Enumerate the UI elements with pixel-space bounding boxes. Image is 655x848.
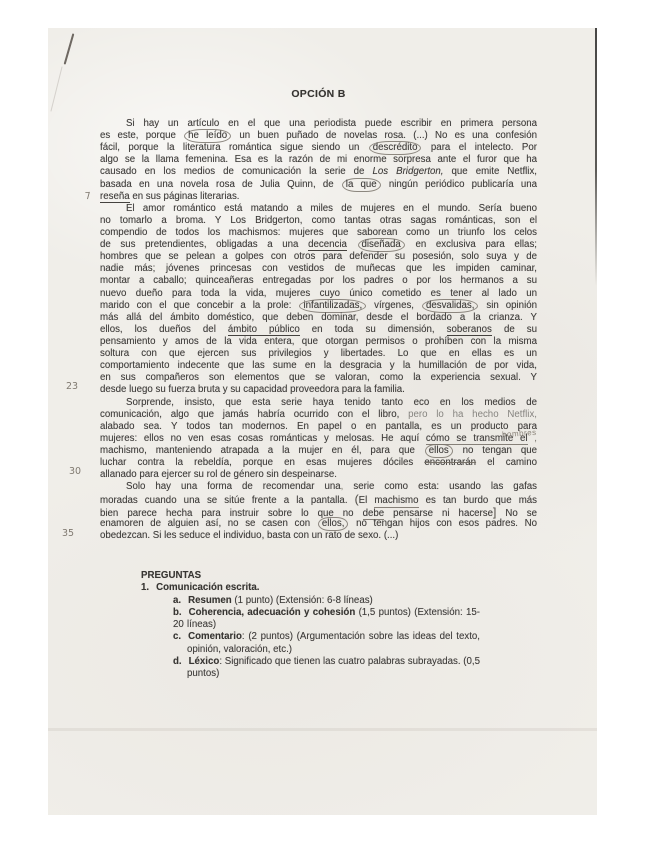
pencil-strike-annotation: encontrarán xyxy=(424,457,476,468)
text-line: 1.Comunicación escrita. xyxy=(141,582,480,594)
margin-line-number: 7 xyxy=(84,191,91,203)
margin-line-number: 30 xyxy=(69,466,81,477)
text-span: algo se la llama femenina. Esa es la raz… xyxy=(100,154,537,165)
text-line: bien parece hecha para instruir sobre lo… xyxy=(100,506,537,518)
text-span: causado en los medios de comunicación la… xyxy=(100,166,372,177)
text-span: es este, porque xyxy=(100,130,183,141)
pencil-circle-annotation: diseñada xyxy=(358,238,405,252)
underlined-word: decencia xyxy=(308,239,347,251)
text-line: soltura con que ejercen sus privilegios … xyxy=(100,348,537,360)
text-span: en sus compañeros son elementos que se v… xyxy=(100,372,537,383)
text-line: puntos) xyxy=(141,668,480,680)
italic-text: Los Bridgerton, xyxy=(372,166,443,177)
text-line: no tomarlo a broma. Y Los Bridgerton, co… xyxy=(100,215,537,227)
text-line: Solo hay una forma de recomendar una, se… xyxy=(100,481,537,493)
text-line: obedezcan. Si les seduce el individuo, b… xyxy=(100,530,537,542)
text-line: alabado sea. Y todos tan modernos. En pa… xyxy=(100,421,537,433)
text-line: líneas) xyxy=(141,619,480,631)
text-span: El xyxy=(359,495,375,506)
text-span: es tan burdo que más xyxy=(419,495,537,506)
text-span: marido con el que concebir a la prole: xyxy=(100,300,298,311)
document-title: OPCIÓN B xyxy=(100,88,537,100)
text-span: Si hay un artículo en el que una periodi… xyxy=(126,118,537,129)
text-span: moradas cuando una se sitúe frente a la … xyxy=(100,495,355,506)
list-marker: b. xyxy=(173,607,182,618)
text-line: El amor romántico está matando a miles d… xyxy=(100,203,537,215)
underlined-word: ámbito público xyxy=(228,324,300,336)
pencil-circle-annotation: ellos xyxy=(425,444,453,458)
text-line: montar a caballo; quinceañeras entregada… xyxy=(100,275,537,287)
text-span: un buen puñado de novelas rosa. (...) No… xyxy=(232,130,537,141)
text-span: compendio de todos los machismos: mujere… xyxy=(100,227,537,238)
text-span: ningún periódico publicaría una xyxy=(382,179,537,190)
text-span: alabado sea. Y todos tan modernos. En pa… xyxy=(100,421,537,432)
text-span: para el intelecto. Por xyxy=(422,142,537,153)
text-span: obedezcan. Si les seduce el individuo, b… xyxy=(100,530,398,541)
text-span: en toda su dimensión, xyxy=(300,324,447,335)
text-span: no tengan que xyxy=(454,445,537,456)
text-span: (1 punto) (Extensión: 6-8 líneas) xyxy=(232,595,373,606)
text-span: opinión, valoración, etc.) xyxy=(187,644,292,655)
bold-text: Coherencia, adecuación y cohesión xyxy=(189,607,356,618)
text-line: más allá del ámbito doméstico, que deben… xyxy=(100,312,537,324)
text-span: Solo hay una forma de recomendar una xyxy=(126,481,341,492)
text-line: Sorprende, insisto, que esta serie haya … xyxy=(100,397,537,409)
text-line: nuevo dueño para toda la vida, mujeres c… xyxy=(100,288,537,300)
text-line: compendio de todos los machismos: mujere… xyxy=(100,227,537,239)
text-span: comunicación, algo que jamás habría ocur… xyxy=(100,409,408,420)
list-marker: d. xyxy=(173,656,182,667)
text-line: en sus compañeros son elementos que se v… xyxy=(100,372,537,384)
text-span: hombres que se pelean a golpes con otros… xyxy=(100,251,537,262)
text-line: fácil, porque la literatura romántica si… xyxy=(100,142,537,154)
text-span: de sus pretendientes, obligadas a una xyxy=(100,239,308,250)
text-line: nadie más; jóvenes princesas con vestido… xyxy=(100,263,537,275)
text-line: machismo, manteniendo atrapada a la muje… xyxy=(100,445,537,457)
text-span: El amor romántico está matando a miles d… xyxy=(126,203,537,214)
text-span xyxy=(347,239,357,250)
list-marker: a. xyxy=(173,595,181,606)
bold-text: Resumen xyxy=(188,595,232,606)
text-span: pensamiento y amos de la vida entera, qu… xyxy=(100,336,537,347)
text-span: líneas) xyxy=(187,619,216,630)
crease-mark xyxy=(50,67,62,112)
text-span: nadie más; jóvenes princesas con vestido… xyxy=(100,263,537,274)
pen-slash-mark xyxy=(64,33,75,64)
text-line: luchar contra la rebeldía, porque en esa… xyxy=(100,457,537,469)
text-line: es este, porque he leído un buen puñado … xyxy=(100,130,537,142)
text-span: Sorprende, insisto, que esta serie haya … xyxy=(126,397,537,408)
underlined-word: reseña xyxy=(100,191,130,203)
text-span: : (2 puntos) (Argumentación sobre las id… xyxy=(242,631,480,642)
text-span: allanado para ejercer su rol de género s… xyxy=(100,469,337,480)
text-span: mujeres: ellos no ven esas cosas románti… xyxy=(100,433,426,444)
text-line: comportamiento indecente que las sume en… xyxy=(100,360,537,372)
pencil-circle-annotation: la que xyxy=(342,178,381,192)
margin-line-number: 23 xyxy=(66,381,78,392)
text-line: mujeres: ellos no ven esas cosas románti… xyxy=(100,433,537,445)
pencil-circle-annotation: ellos, xyxy=(318,517,349,531)
scan-artifact-band xyxy=(48,728,597,731)
text-span: comportamiento indecente que las sume en… xyxy=(100,360,537,371)
pencil-circle-annotation: desvalidas, xyxy=(422,299,478,313)
text-line: opinión, valoración, etc.) xyxy=(141,644,480,656)
faded-text: pero lo ha hecho Netflix, xyxy=(408,409,537,420)
text-line: de sus pretendientes, obligadas a una de… xyxy=(100,239,537,251)
article-text: Si hay un artículo en el que una periodi… xyxy=(100,118,537,542)
text-span: el camino xyxy=(476,457,537,468)
text-span: serie como esta: usando las gafas xyxy=(343,481,537,492)
text-span: machismo, manteniendo atrapada a la muje… xyxy=(100,445,424,456)
text-span: ellos, los dueños del xyxy=(100,324,228,335)
list-marker: 1. xyxy=(141,582,149,593)
text-line: a.Resumen (1 punto) (Extensión: 6-8 líne… xyxy=(141,595,480,607)
text-line: reseña en sus páginas literarias. xyxy=(100,191,537,203)
bold-text: Comunicación escrita. xyxy=(156,582,259,593)
text-span: : Significado que tienen las cuatro pala… xyxy=(219,656,480,667)
text-line: causado en los medios de comunicación la… xyxy=(100,166,537,178)
page-edge-shadow xyxy=(595,28,597,286)
text-span: que emite Netflix, xyxy=(444,166,538,177)
text-line: basada en una novela rosa de Julia Quinn… xyxy=(100,179,537,191)
text-span: en sus páginas literarias. xyxy=(130,191,240,202)
text-line: algo se la llama femenina. Esa es la raz… xyxy=(100,154,537,166)
text-span: de su xyxy=(492,324,537,335)
text-line: moradas cuando una se sitúe frente a la … xyxy=(100,493,537,505)
pencil-circle-annotation: he leído xyxy=(184,129,231,143)
text-line: pensamiento y amos de la vida entera, qu… xyxy=(100,336,537,348)
text-line: marido con el que concebir a la prole: i… xyxy=(100,300,537,312)
bold-text: Comentario xyxy=(188,631,242,642)
text-line: PREGUNTAS xyxy=(141,570,480,582)
text-span: luchar contra la rebeldía, porque en esa… xyxy=(100,457,424,468)
questions-section: PREGUNTAS1.Comunicación escrita.a.Resume… xyxy=(141,570,480,681)
underlined-word: soberanos xyxy=(447,324,492,336)
text-span: puntos) xyxy=(187,668,219,679)
text-span: nuevo dueño para toda la vida, mujeres c… xyxy=(100,288,537,299)
pencil-circle-annotation: descrédito xyxy=(369,141,422,155)
bold-text: PREGUNTAS xyxy=(141,570,201,581)
text-line: ellos, los dueños del ámbito público en … xyxy=(100,324,537,336)
text-span: más allá del ámbito doméstico, que deben… xyxy=(100,312,537,323)
text-span: no tengan hijos con esos padres. No xyxy=(349,518,537,529)
pencil-circle-annotation: infantilizadas, xyxy=(299,299,366,313)
text-span: sin opinión xyxy=(479,300,537,311)
bold-text: Léxico xyxy=(189,656,220,667)
text-line: Si hay un artículo en el que una periodi… xyxy=(100,118,537,130)
text-line: desde luego su fuerza bruta y su capacid… xyxy=(100,384,537,396)
text-span: fácil, porque la literatura romántica si… xyxy=(100,142,368,153)
text-span: enamoren de alguien así, no se casen con xyxy=(100,518,317,529)
text-line: c.Comentario: (2 puntos) (Argumentación … xyxy=(141,631,480,643)
scanned-page: OPCIÓN B Si hay un artículo en el que un… xyxy=(48,28,597,815)
text-line: enamoren de alguien así, no se casen con… xyxy=(100,518,537,530)
text-span: en exclusiva para ellas; xyxy=(406,239,537,250)
text-span: vírgenes, xyxy=(367,300,421,311)
text-span: desde luego su fuerza bruta y su capacid… xyxy=(100,384,405,395)
list-marker: c. xyxy=(173,631,181,642)
text-span: montar a caballo; quinceañeras entregada… xyxy=(100,275,537,286)
text-line: b.Coherencia, adecuación y cohesión (1,5… xyxy=(141,607,480,619)
text-line: hombres que se pelean a golpes con otros… xyxy=(100,251,537,263)
text-line: comunicación, algo que jamás habría ocur… xyxy=(100,409,537,421)
text-line: d.Léxico: Significado que tienen las cua… xyxy=(141,656,480,668)
margin-line-number: 35 xyxy=(62,528,74,539)
text-span: soltura con que ejercen sus privilegios … xyxy=(100,348,537,359)
text-span: basada en una novela rosa de Julia Quinn… xyxy=(100,179,341,190)
text-span: no tomarlo a broma. Y Los Bridgerton, co… xyxy=(100,215,537,226)
text-line: allanado para ejercer su rol de género s… xyxy=(100,469,537,481)
